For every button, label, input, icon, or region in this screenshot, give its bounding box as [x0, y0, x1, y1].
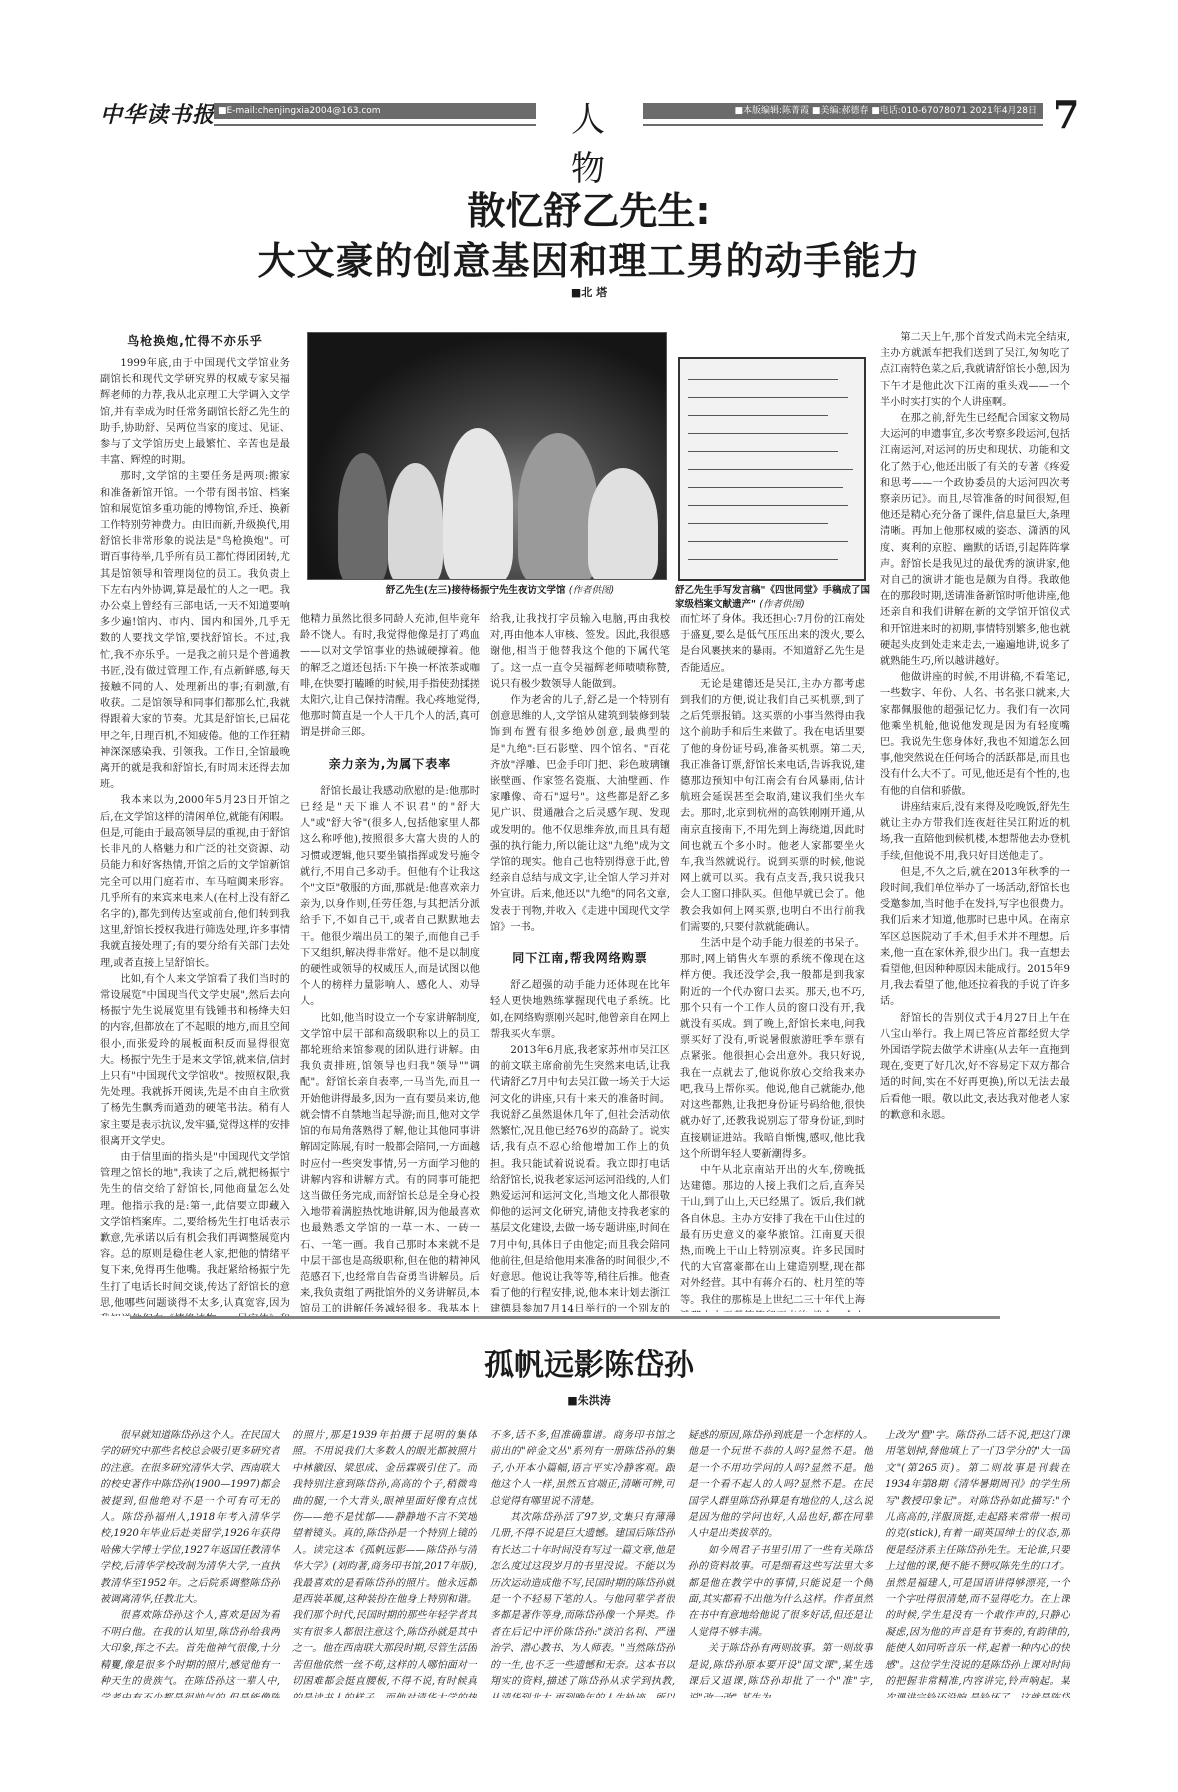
caption-credit: (作者供图) [569, 585, 614, 596]
article1-column-5: 第二天上午,那个首发式尚未完全结束,主办方就派车把我们送到了吴江,匆匆吃了点江南… [880, 330, 1070, 1280]
paragraph: 关于陈岱孙有两则故事。第一则故事是说,陈岱孙原本要开设"国文课",某生选课后又退… [688, 1641, 873, 1698]
paragraph: 疑惑的原因,陈岱孙到底是一个怎样的人。他是一个玩世不恭的人吗?显然不是。他是一个… [688, 1428, 873, 1543]
subhead-2: 亲力亲为,为属下表率 [300, 756, 480, 772]
paragraph: 比如,有个人来文学馆看了我们当时的常设展览"中国现当代文学史展",然后去向杨振宁… [100, 972, 290, 1150]
article1-title-line1: 散忆舒乙先生: [0, 180, 1178, 235]
paragraph: 舒馆长最让我感动欣慰的是:他那时已经是"天下谁人不识君"的"舒大人"或"舒大爷"… [300, 784, 480, 1011]
paragraph: 中午从北京南站开出的火车,傍晚抵达建德。那边的人接上我们之后,直奔吴干山,到了山… [680, 1163, 865, 1312]
section-title: 人 物 [545, 92, 637, 190]
caption-text: 舒乙先生(左三)接待杨振宁先生夜访文学馆 [386, 585, 566, 596]
article1-column-1: 1999年底,由于中国现代文学馆业务副馆长和现代文学研究界的权威专家吴福辉老师的… [100, 356, 290, 1316]
newspaper-logo: 中华读书报 [100, 98, 215, 129]
paragraph: 1999年底,由于中国现代文学馆业务副馆长和现代文学研究界的权威专家吴福辉老师的… [100, 356, 290, 469]
paragraph: 无论是建德还是吴江,主办方都考虑到我们的方便,说让我们自己买机票,到了之后凭票报… [680, 677, 865, 936]
article1-column-4: 而忙坏了身体。我还担心:7月份的江南处于盛夏,要么是低气压压出来的泼火,要么是台… [680, 612, 865, 1312]
paragraph: 很早就知道陈岱孙这个人。在民国大学的研究中那些名校总会吸引更多研究者的注意。在很… [100, 1428, 280, 1608]
article2-column-2: 的照片,那是1939年拍摄于昆明的集体照。不用说我们大多数人的眼光都被照片中林徽… [292, 1428, 477, 1698]
article2-column-5: 上改为"暨"字。陈岱孙二话不说,把这门课用笔划掉,替他填上了一门3学分的"大一国… [885, 1428, 1070, 1698]
paragraph: 的照片,那是1939年拍摄于昆明的集体照。不用说我们大多数人的眼光都被照片中林徽… [292, 1428, 477, 1698]
paragraph: 而忙坏了身体。我还担心:7月份的江南处于盛夏,要么是低气压压出来的泼火,要么是台… [680, 612, 865, 677]
header-divider-left [214, 124, 536, 126]
article1-byline: ■北 塔 [0, 284, 1178, 300]
article1-column-3: 给我,让我找打字员输入电脑,再由我校对,再由他本人审核、签发。因此,我很感谢他,… [490, 612, 670, 1312]
paragraph: 那时,文学馆的主要任务是两项:搬家和准备新馆开馆。一个带有图书馆、档案馆和展览馆… [100, 469, 290, 793]
paragraph: 讲座结束后,没有来得及吃晚饭,舒先生就让主办方带我们连夜赶往吴江附近的机场,我一… [880, 800, 1070, 865]
paragraph: 他精力虽然比很多同龄人充沛,但毕竟年龄不饶人。有时,我觉得他像是打了鸡血——以对… [300, 612, 480, 742]
photo-figure [443, 428, 513, 580]
article2-column-1: 很早就知道陈岱孙这个人。在民国大学的研究中那些名校总会吸引更多研究者的注意。在很… [100, 1428, 280, 1698]
paragraph: 在那之前,舒先生已经配合国家文物局大运河的申遗事宜,多次考察多段运河,包括江南运… [880, 411, 1070, 670]
paragraph: 上改为"暨"字。陈岱孙二话不说,把这门课用笔划掉,替他填上了一门3学分的"大一国… [885, 1428, 1070, 1698]
photo-figure [518, 433, 598, 580]
paragraph: 很喜欢陈岱孙这个人,喜欢是因为看不明白他。在我的认知里,陈岱孙给我两大印象,挥之… [100, 1608, 280, 1698]
photo-figure [338, 453, 388, 580]
article2-byline: ■朱洪涛 [0, 1392, 1178, 1408]
paragraph: 舒馆长的告别仪式于4月27日上午在八宝山举行。我上周已答应首都经贸大学外国语学院… [880, 1011, 1070, 1124]
paragraph: 但是,不久之后,就在2013年秋季的一段时间,我们单位举办了一场活动,舒馆长也受… [880, 865, 1070, 1011]
subhead-3: 同下江南,帮我网络购票 [490, 950, 670, 966]
paragraph: 比如,他当时设立一个专家讲解制度,文学馆中层干部和高级职称以上的员工都轮班给来馆… [300, 1011, 480, 1312]
header-divider-right [643, 124, 1043, 126]
article2-column-4: 疑惑的原因,陈岱孙到底是一个怎样的人。他是一个玩世不恭的人吗?显然不是。他是一个… [688, 1428, 873, 1698]
subhead-1: 鸟枪换炮,忙得不亦乐乎 [100, 332, 290, 349]
paragraph: 第二天上午,那个首发式尚未完全结束,主办方就派车把我们送到了吴江,匆匆吃了点江南… [880, 330, 1070, 411]
editor-info-bar: ■本版编辑:陈菁霞 ■美编:郝德春 ■电话:010-67078071 2021年… [643, 103, 1043, 119]
photo-night-visit [307, 332, 667, 580]
paragraph: 如今周君子书里引用了一些有关陈岱孙的资料故事。可是细看这些写法里大多都是他在教学… [688, 1543, 873, 1641]
photo-figure [588, 468, 658, 580]
article1-column-2: 他精力虽然比很多同龄人充沛,但毕竟年龄不饶人。有时,我觉得他像是打了鸡血——以对… [300, 612, 480, 1312]
paragraph: 2013年6月底,我老家苏州市吴江区的前文联主席俞前先生突然来电话,让我代请舒乙… [490, 1043, 670, 1312]
photo-figure [388, 463, 443, 580]
paragraph: 我本来以为,2000年5月23日开馆之后,在文学馆这样的清闲单位,就能有闲暇。但… [100, 793, 290, 971]
email-bar: ■E-mail:chenjingxia2004@163.com [214, 103, 536, 119]
paragraph: 由于信里面的指头是"中国现代文学馆管理之馆长的地",我读了之后,就把杨振宁先生的… [100, 1150, 290, 1316]
paragraph: 给我,让我找打字员输入电脑,再由我校对,再由他本人审核、签发。因此,我很感谢他,… [490, 612, 670, 693]
paragraph: 不多,话不多,但准确靠谱。商务印书馆之前出的"碎金文丛"系列有一册陈岱孙的集子,… [490, 1428, 675, 1510]
photo2-caption: 舒乙先生手写发言稿"《四世同堂》手稿成了国家级档案文献遗产" (作者供图) [675, 582, 875, 610]
section-divider [130, 1316, 1000, 1319]
paragraph: 舒乙超强的动手能力还体现在比年轻人更快地熟练掌握现代电子系统。比如,在网络购票刚… [490, 978, 670, 1043]
article2-title: 孤帆远影陈岱孙 [0, 1340, 1178, 1384]
paragraph: 作为老舍的儿子,舒乙是一个特别有创意思维的人,文学馆从建筑到装修到装饰到布置有很… [490, 693, 670, 936]
caption-credit: (作者供图) [759, 599, 804, 610]
photo1-caption: 舒乙先生(左三)接待杨振宁先生夜访文学馆 (作者供图) [330, 582, 670, 596]
paragraph: 其次陈岱孙活了97岁,文集只有薄薄几册,不得不说是巨大遗憾。建国后陈岱孙有长达二… [490, 1510, 675, 1698]
paragraph: 生活中是个动手能力很差的书呆子。那时,网上销售火车票的系统不像现在这样方便。我还… [680, 936, 865, 1163]
paragraph: 他做讲座的时候,不用讲稿,不看笔记,一些数字、年份、人名、书名张口就来,大家都佩… [880, 670, 1070, 800]
photo-manuscript [678, 357, 866, 581]
article2-column-3: 不多,话不多,但准确靠谱。商务印书馆之前出的"碎金文丛"系列有一册陈岱孙的集子,… [490, 1428, 675, 1698]
page-number: 7 [1053, 92, 1079, 137]
article1-title-line2: 大文豪的创意基因和理工男的动手能力 [0, 230, 1178, 285]
